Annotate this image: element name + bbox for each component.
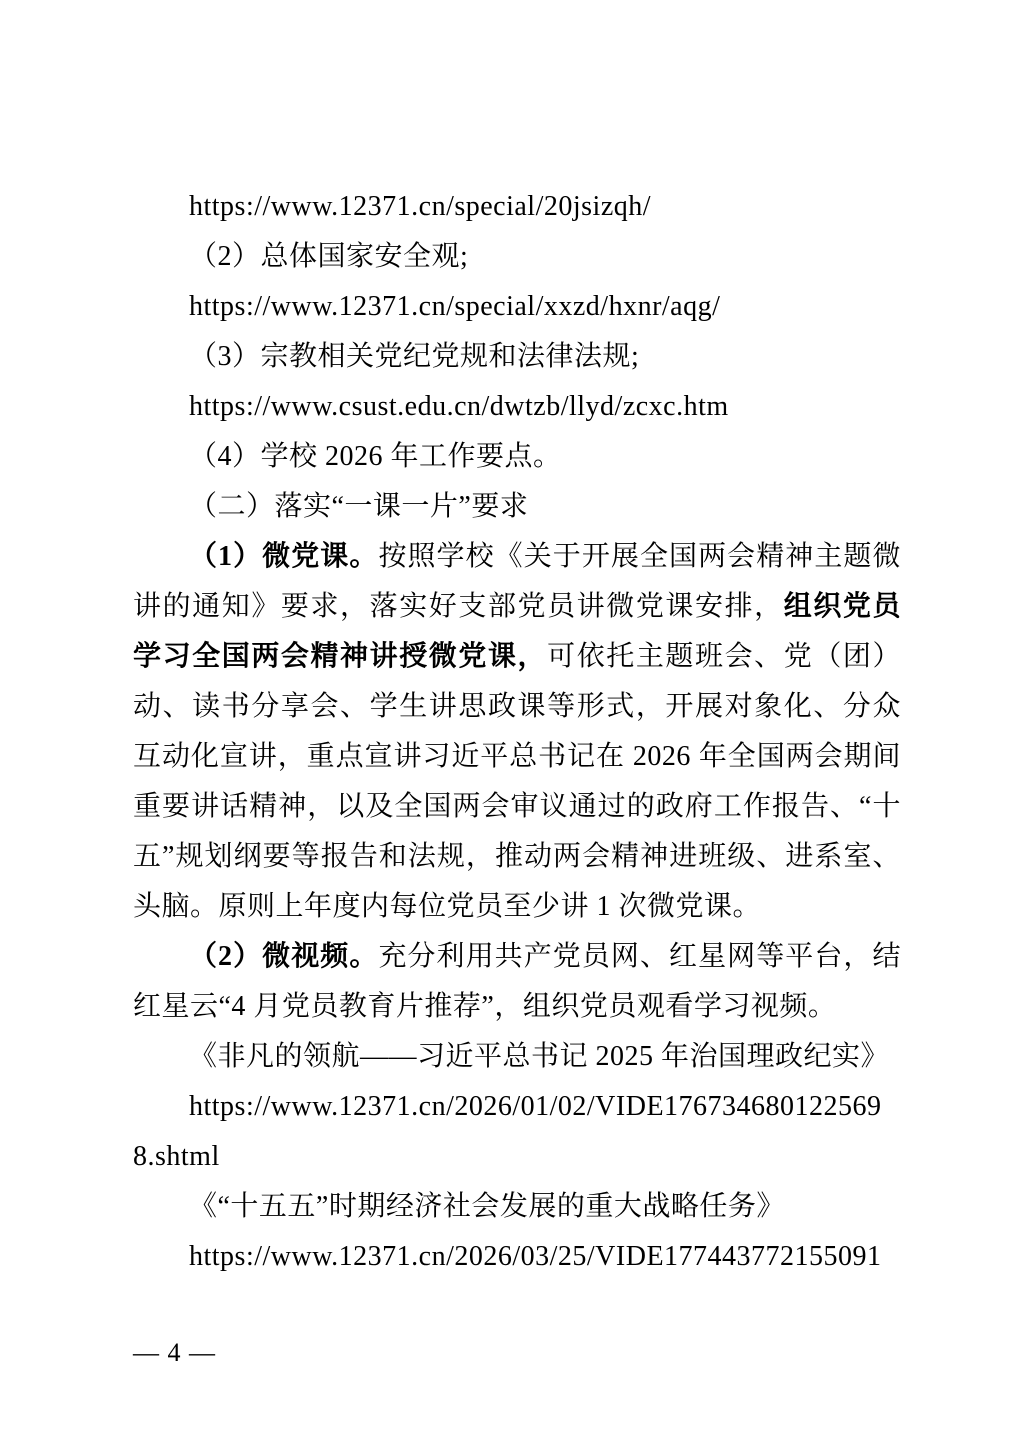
section-heading-line: （二）落实“一课一片”要求 — [133, 482, 901, 532]
text-segment: 《“十五五”时期经济社会发展的重大战略任务》 — [189, 1191, 785, 1222]
text-segment: https://www.12371.cn/special/xxzd/hxnr/a… — [189, 291, 720, 322]
list-item-line: （4）学校 2026 年工作要点。 — [133, 432, 901, 482]
body-line: （1）微党课。按照学校《关于开展全国两会精神主题微宣 — [133, 532, 901, 582]
list-item-line: （2）总体国家安全观; — [133, 232, 901, 282]
text-segment: https://www.csust.edu.cn/dwtzb/llyd/zcxc… — [189, 391, 729, 422]
bold-text-segment: （2）微视频。 — [189, 941, 378, 972]
text-segment: 讲的通知》要求，落实好支部党员讲微党课安排， — [133, 591, 784, 622]
text-segment: 五”规划纲要等报告和法规，推动两会精神进班级、进系室、进 — [133, 841, 901, 882]
text-segment: （二）落实“一课一片”要求 — [189, 491, 528, 522]
url-line: https://www.12371.cn/2026/03/25/VIDE1774… — [133, 1232, 901, 1282]
text-segment: （4）学校 2026 年工作要点。 — [189, 441, 562, 472]
text-segment: 头脑。原则上年度内每位党员至少讲 1 次微党课。 — [133, 891, 761, 922]
url-line: https://www.csust.edu.cn/dwtzb/llyd/zcxc… — [133, 382, 901, 432]
body-line: 学习全国两会精神讲授微党课，可依托主题班会、党（团）日活 — [133, 632, 901, 682]
text-segment: （3）宗教相关党纪党规和法律法规; — [189, 341, 639, 372]
text-segment: 红星云“4 月党员教育片推荐”，组织党员观看学习视频。 — [133, 991, 836, 1022]
text-segment: https://www.12371.cn/2026/01/02/VIDE1767… — [189, 1091, 882, 1122]
body-line: 讲的通知》要求，落实好支部党员讲微党课安排，组织党员围绕 — [133, 582, 901, 632]
page-number: — 4 — — [133, 1338, 216, 1368]
text-segment: 互动化宣讲，重点宣讲习近平总书记在 2026 年全国两会期间的 — [133, 741, 901, 782]
bold-text-segment: （1）微党课。 — [189, 541, 378, 572]
text-segment: https://www.12371.cn/special/20jsizqh/ — [189, 191, 651, 222]
video-title-line: 《“十五五”时期经济社会发展的重大战略任务》 — [133, 1182, 901, 1232]
document-page: https://www.12371.cn/special/20jsizqh/（2… — [0, 0, 1024, 1448]
text-segment: （2）总体国家安全观; — [189, 241, 468, 272]
bold-text-segment: 学习全国两会精神讲授微党课， — [133, 641, 547, 672]
url-continuation-line: 8.shtml — [133, 1132, 901, 1182]
list-item-line: （3）宗教相关党纪党规和法律法规; — [133, 332, 901, 382]
body-line: 五”规划纲要等报告和法规，推动两会精神进班级、进系室、进 — [133, 832, 901, 882]
body-line: 互动化宣讲，重点宣讲习近平总书记在 2026 年全国两会期间的 — [133, 732, 901, 782]
body-line: 重要讲话精神，以及全国两会审议通过的政府工作报告、“十五 — [133, 782, 901, 832]
text-segment: 动、读书分享会、学生讲思政课等形式，开展对象化、分众化、 — [133, 691, 901, 732]
text-segment: 8.shtml — [133, 1141, 220, 1172]
url-line: https://www.12371.cn/2026/01/02/VIDE1767… — [133, 1082, 901, 1132]
url-line: https://www.12371.cn/special/20jsizqh/ — [133, 182, 901, 232]
text-segment: https://www.12371.cn/2026/03/25/VIDE1774… — [189, 1241, 882, 1272]
body-line: 动、读书分享会、学生讲思政课等形式，开展对象化、分众化、 — [133, 682, 901, 732]
video-title-line: 《非凡的领航——习近平总书记 2025 年治国理政纪实》 — [133, 1032, 901, 1082]
text-segment: 《非凡的领航——习近平总书记 2025 年治国理政纪实》 — [189, 1041, 889, 1072]
body-line: 红星云“4 月党员教育片推荐”，组织党员观看学习视频。 — [133, 982, 901, 1032]
body-line: （2）微视频。充分利用共产党员网、红星网等平台，结合 — [133, 932, 901, 982]
text-segment: 重要讲话精神，以及全国两会审议通过的政府工作报告、“十五 — [133, 791, 901, 832]
document-body: https://www.12371.cn/special/20jsizqh/（2… — [133, 182, 901, 1282]
body-line: 头脑。原则上年度内每位党员至少讲 1 次微党课。 — [133, 882, 901, 932]
url-line: https://www.12371.cn/special/xxzd/hxnr/a… — [133, 282, 901, 332]
